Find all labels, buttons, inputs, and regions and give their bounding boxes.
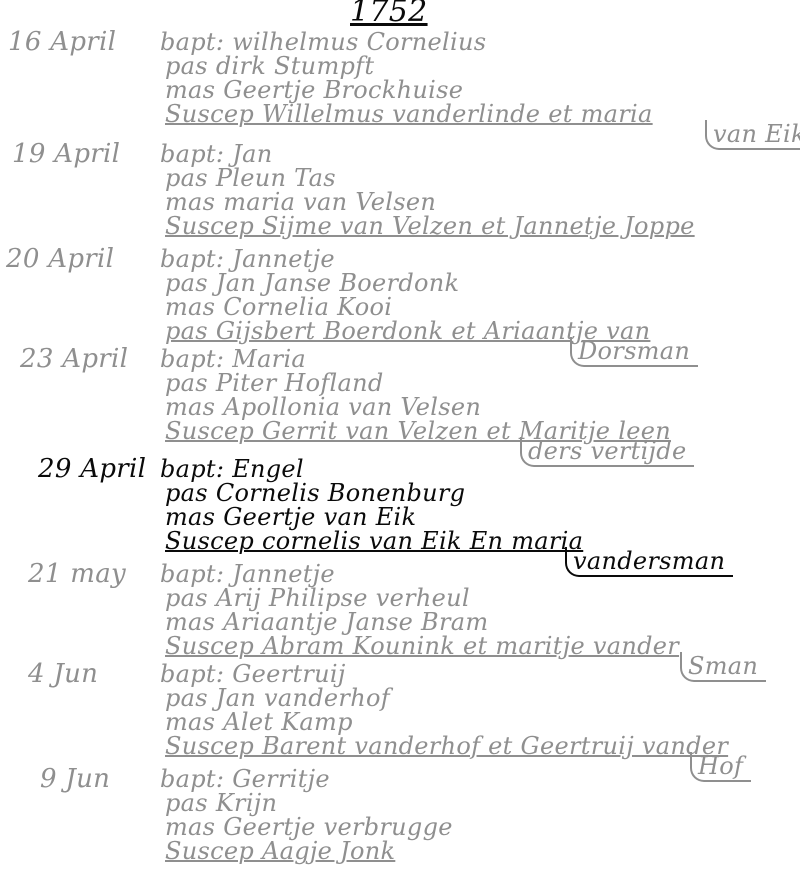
- sponsors-continuation: Dorsman: [570, 337, 698, 367]
- sponsors-continuation: vandersman: [565, 547, 733, 577]
- entry-date: 21 may: [28, 560, 126, 588]
- sponsors-continuation: Sman: [680, 652, 766, 682]
- sponsors-continuation: Hof: [690, 752, 751, 782]
- entry-date: 4 Jun: [28, 660, 98, 688]
- entry-date: 9 Jun: [40, 765, 110, 793]
- sponsors-line: Suscep Abram Kounink et maritje vander: [165, 632, 679, 660]
- sponsors-line: Suscep cornelis van Eik En maria: [165, 527, 583, 555]
- entry-date: 29 April: [38, 455, 146, 483]
- sponsors-line: Suscep Barent vanderhof et Geertruij van…: [165, 732, 728, 760]
- entry-date: 20 April: [6, 245, 114, 273]
- sponsors-line: Suscep Sijme van Velzen et Jannetje Jopp…: [165, 212, 695, 240]
- register-year: 1752: [350, 0, 428, 26]
- register-page: 1752 16 Aprilbapt: wilhelmus Corneliuspa…: [0, 0, 800, 880]
- sponsors-continuation: ders vertijde: [520, 437, 694, 467]
- entry-date: 19 April: [12, 140, 120, 168]
- sponsors-line: Suscep Aagje Jonk: [165, 837, 395, 865]
- entry-date: 16 April: [8, 28, 116, 56]
- entry-date: 23 April: [20, 345, 128, 373]
- sponsors-line: Suscep Willelmus vanderlinde et maria: [165, 100, 653, 128]
- sponsors-continuation: van Eik: [705, 120, 800, 150]
